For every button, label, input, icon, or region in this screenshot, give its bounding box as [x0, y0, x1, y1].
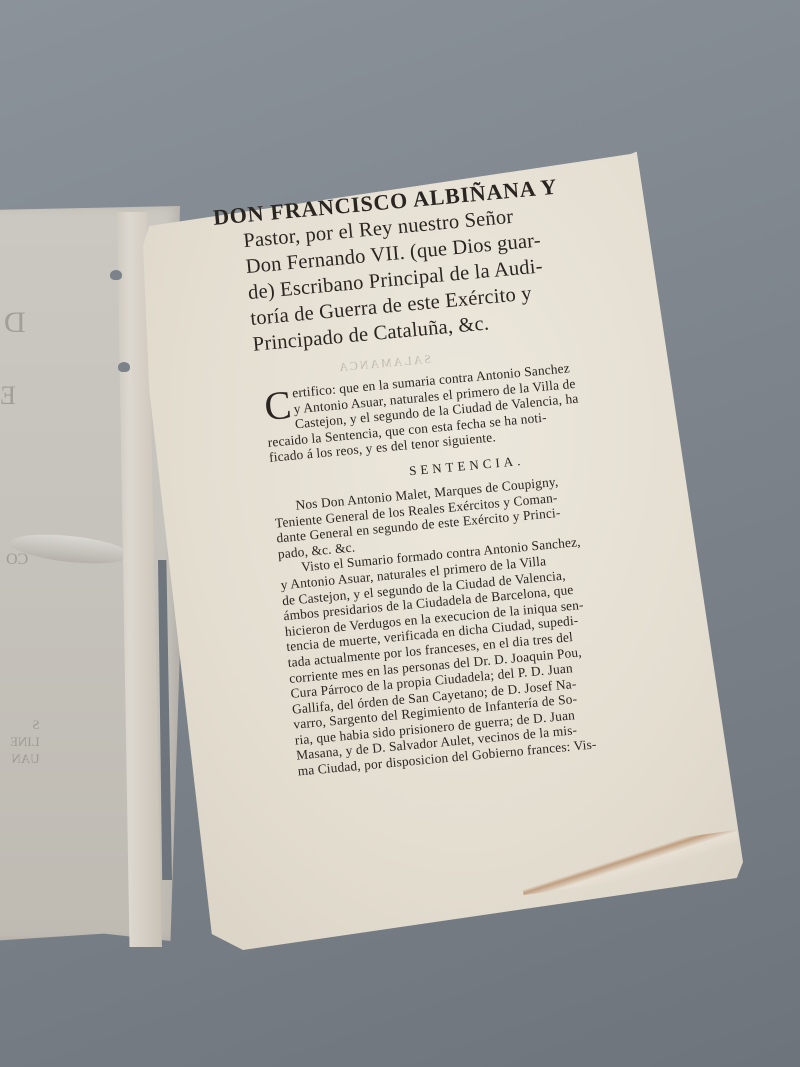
printed-text-block: DON FRANCISCO ALBIÑANA Y Pastor, por el …: [212, 167, 683, 782]
left-page-bleed-text-3: CO: [6, 551, 28, 569]
left-page-bleed-text-1: D: [4, 306, 26, 340]
left-page-bleed-text-4: S LINE UAN: [10, 716, 40, 767]
worm-hole-icon: [118, 362, 130, 372]
worm-hole-icon: [110, 270, 122, 280]
sentencia-paragraph-2: Visto el Sumario formado contra Antonio …: [279, 527, 683, 779]
document-heading: DON FRANCISCO ALBIÑANA Y Pastor, por el …: [212, 167, 644, 360]
show-through-text: SALAMANCA: [337, 352, 432, 375]
drop-cap: C: [263, 388, 293, 424]
left-page-bleed-text-2: E: [0, 381, 16, 411]
